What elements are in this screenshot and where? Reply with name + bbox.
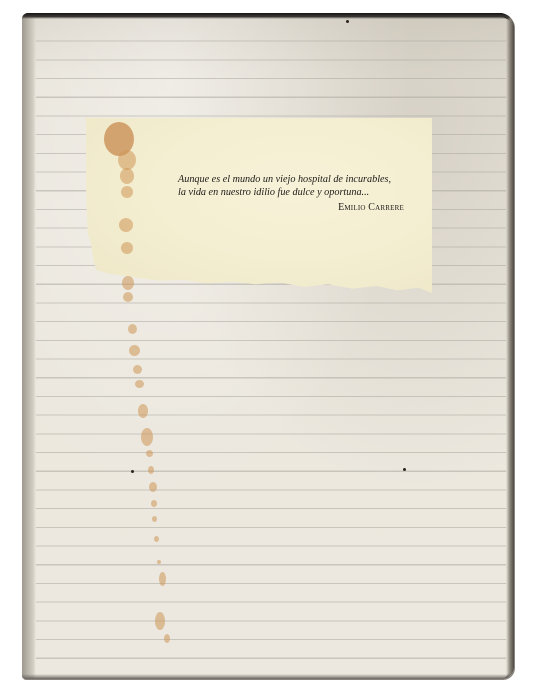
stain-drop — [123, 292, 133, 302]
stain-drop — [138, 404, 148, 418]
ink-speck — [403, 468, 406, 471]
stain-drop — [118, 150, 136, 170]
stain-drop — [155, 612, 165, 630]
stain-drop — [135, 380, 144, 388]
page-top-edge — [22, 13, 514, 19]
torn-quote-card: Aunque es el mundo un viejo hospital de … — [86, 118, 432, 293]
stain-drop — [157, 560, 161, 564]
stain-drop — [121, 186, 133, 198]
stain-drop — [149, 482, 157, 492]
quote-author: Emilio Carrere — [338, 202, 404, 213]
stain-drop — [141, 428, 153, 446]
quote-text: Aunque es el mundo un viejo hospital de … — [178, 174, 398, 199]
stain-drop — [128, 324, 137, 334]
stain-drop — [154, 536, 159, 542]
page-right-edge — [506, 13, 514, 679]
stain-drop — [146, 450, 153, 457]
stain-drop — [121, 242, 133, 254]
stain-drop — [164, 634, 170, 643]
stain-drop — [122, 276, 134, 290]
stain-drop — [152, 516, 157, 522]
page-left-edge — [22, 13, 36, 679]
notebook-page — [22, 13, 514, 679]
quote-line-2: la vida en nuestro idilio fue dulce y op… — [178, 187, 398, 200]
ink-speck — [131, 470, 134, 473]
ink-speck — [346, 20, 349, 23]
stain-drop — [151, 500, 157, 507]
stain-drop — [119, 218, 133, 232]
stain-drop — [129, 345, 140, 356]
quote-line-1: Aunque es el mundo un viejo hospital de … — [178, 174, 398, 187]
stain-drop — [120, 168, 134, 184]
stain-drop — [148, 466, 154, 474]
stain-drop — [159, 572, 166, 586]
stain-drop — [133, 365, 142, 374]
page-bottom-edge — [22, 674, 514, 679]
